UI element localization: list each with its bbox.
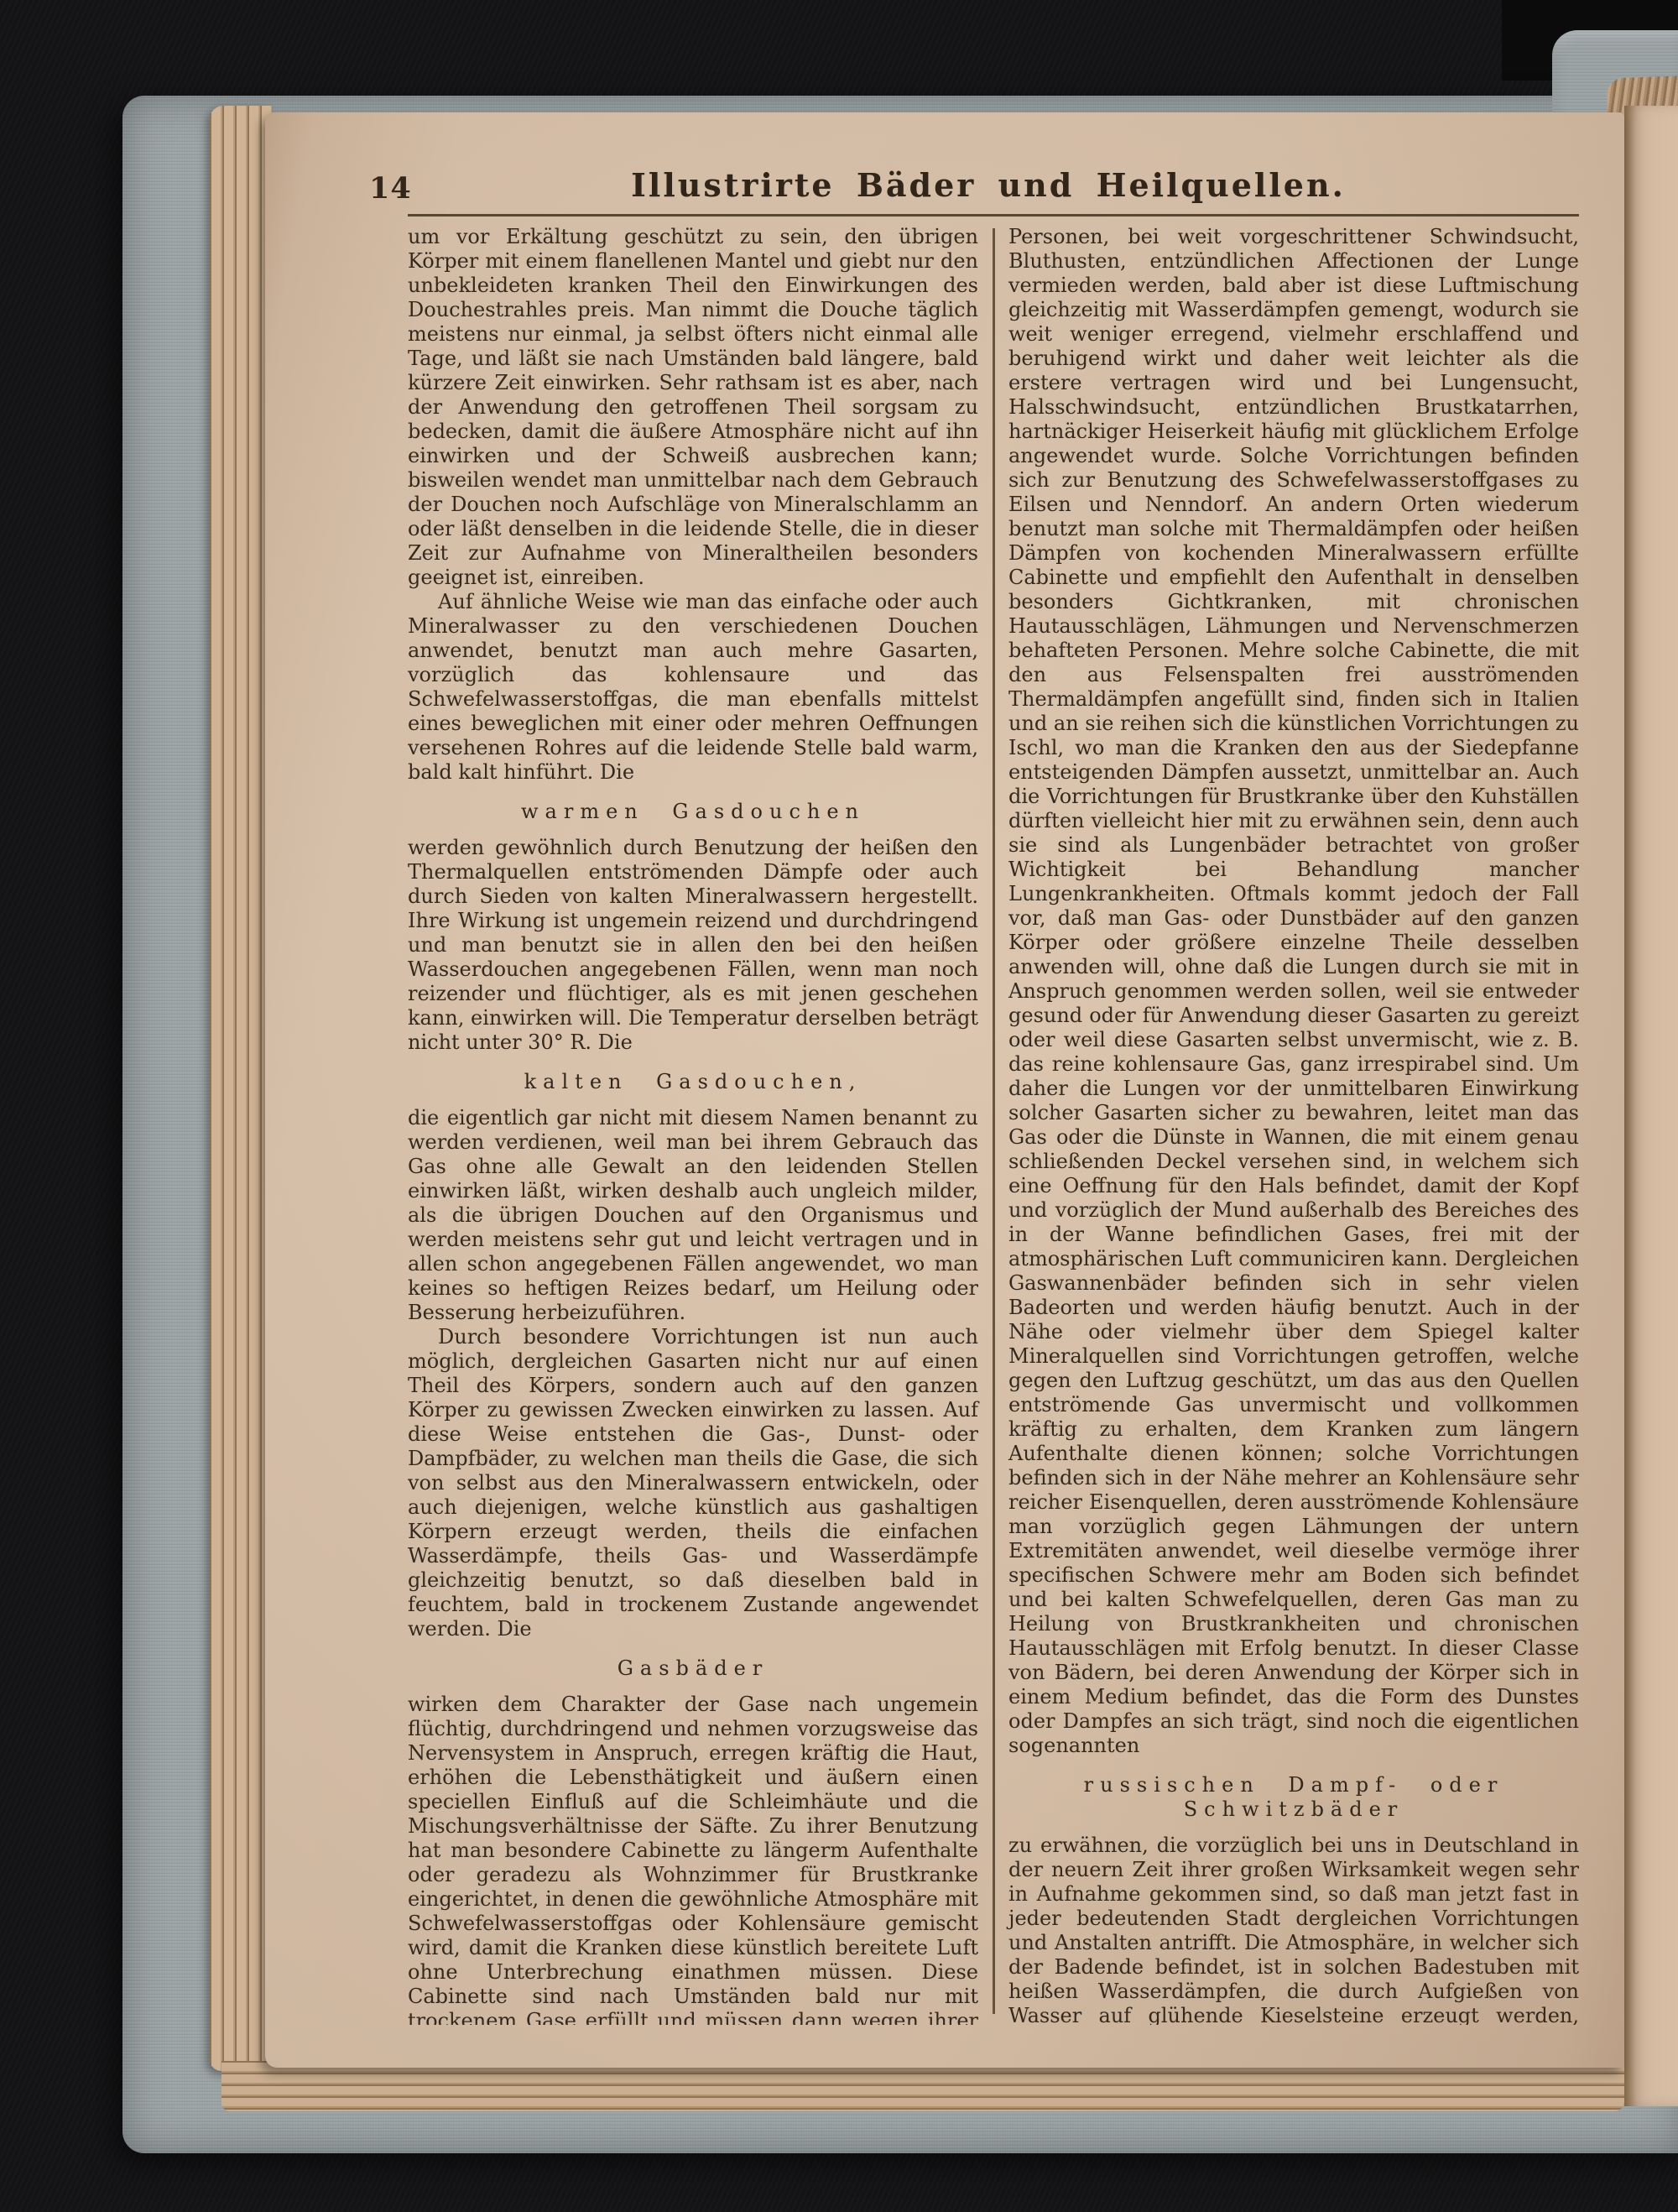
column-divider-rule	[993, 228, 995, 2014]
section-heading-gasbaeder: Gasbäder	[408, 1656, 978, 1681]
page-stack-left-edge	[210, 106, 272, 2071]
left-column: um vor Erkältung geschützt zu sein, den …	[408, 225, 978, 2025]
running-title: Illustrirte Bäder und Heilquellen.	[366, 166, 1611, 204]
adjacent-page-edge	[1624, 106, 1678, 2106]
body-paragraph: wirken dem Charakter der Gase nach ungem…	[408, 1693, 978, 2025]
body-paragraph: zu erwähnen, die vorzüglich bei uns in D…	[1008, 1834, 1579, 2025]
section-heading-warme-gasdouchen: warmen Gasdouchen	[408, 800, 978, 824]
right-column: Personen, bei weit vorgeschrittener Schw…	[1008, 225, 1579, 2025]
scanned-book-photo: 14 Illustrirte Bäder und Heilquellen. um…	[0, 0, 1678, 2212]
section-heading-russische-dampfbaeder: russischen Dampf- oder Schwitzbäder	[1008, 1773, 1579, 1822]
body-paragraph: Auf ähnliche Weise wie man das einfache …	[408, 590, 978, 785]
body-paragraph: Personen, bei weit vorgeschrittener Schw…	[1008, 225, 1579, 1758]
book-page: 14 Illustrirte Bäder und Heilquellen. um…	[265, 112, 1624, 2068]
page-number: 14	[369, 171, 412, 206]
body-paragraph: um vor Erkältung geschützt zu sein, den …	[408, 225, 978, 590]
section-heading-kalte-gasdouchen: kalten Gasdouchen,	[408, 1070, 978, 1094]
body-paragraph: Durch besondere Vorrichtungen ist nun au…	[408, 1325, 978, 1641]
page-header: 14 Illustrirte Bäder und Heilquellen.	[366, 166, 1611, 208]
body-paragraph: die eigentlich gar nicht mit diesem Name…	[408, 1106, 978, 1325]
page-stack-bottom-edge	[221, 2061, 1624, 2111]
header-rule	[408, 214, 1579, 217]
body-paragraph: werden gewöhnlich durch Benutzung der he…	[408, 836, 978, 1055]
text-columns: um vor Erkältung geschützt zu sein, den …	[408, 225, 1579, 2025]
